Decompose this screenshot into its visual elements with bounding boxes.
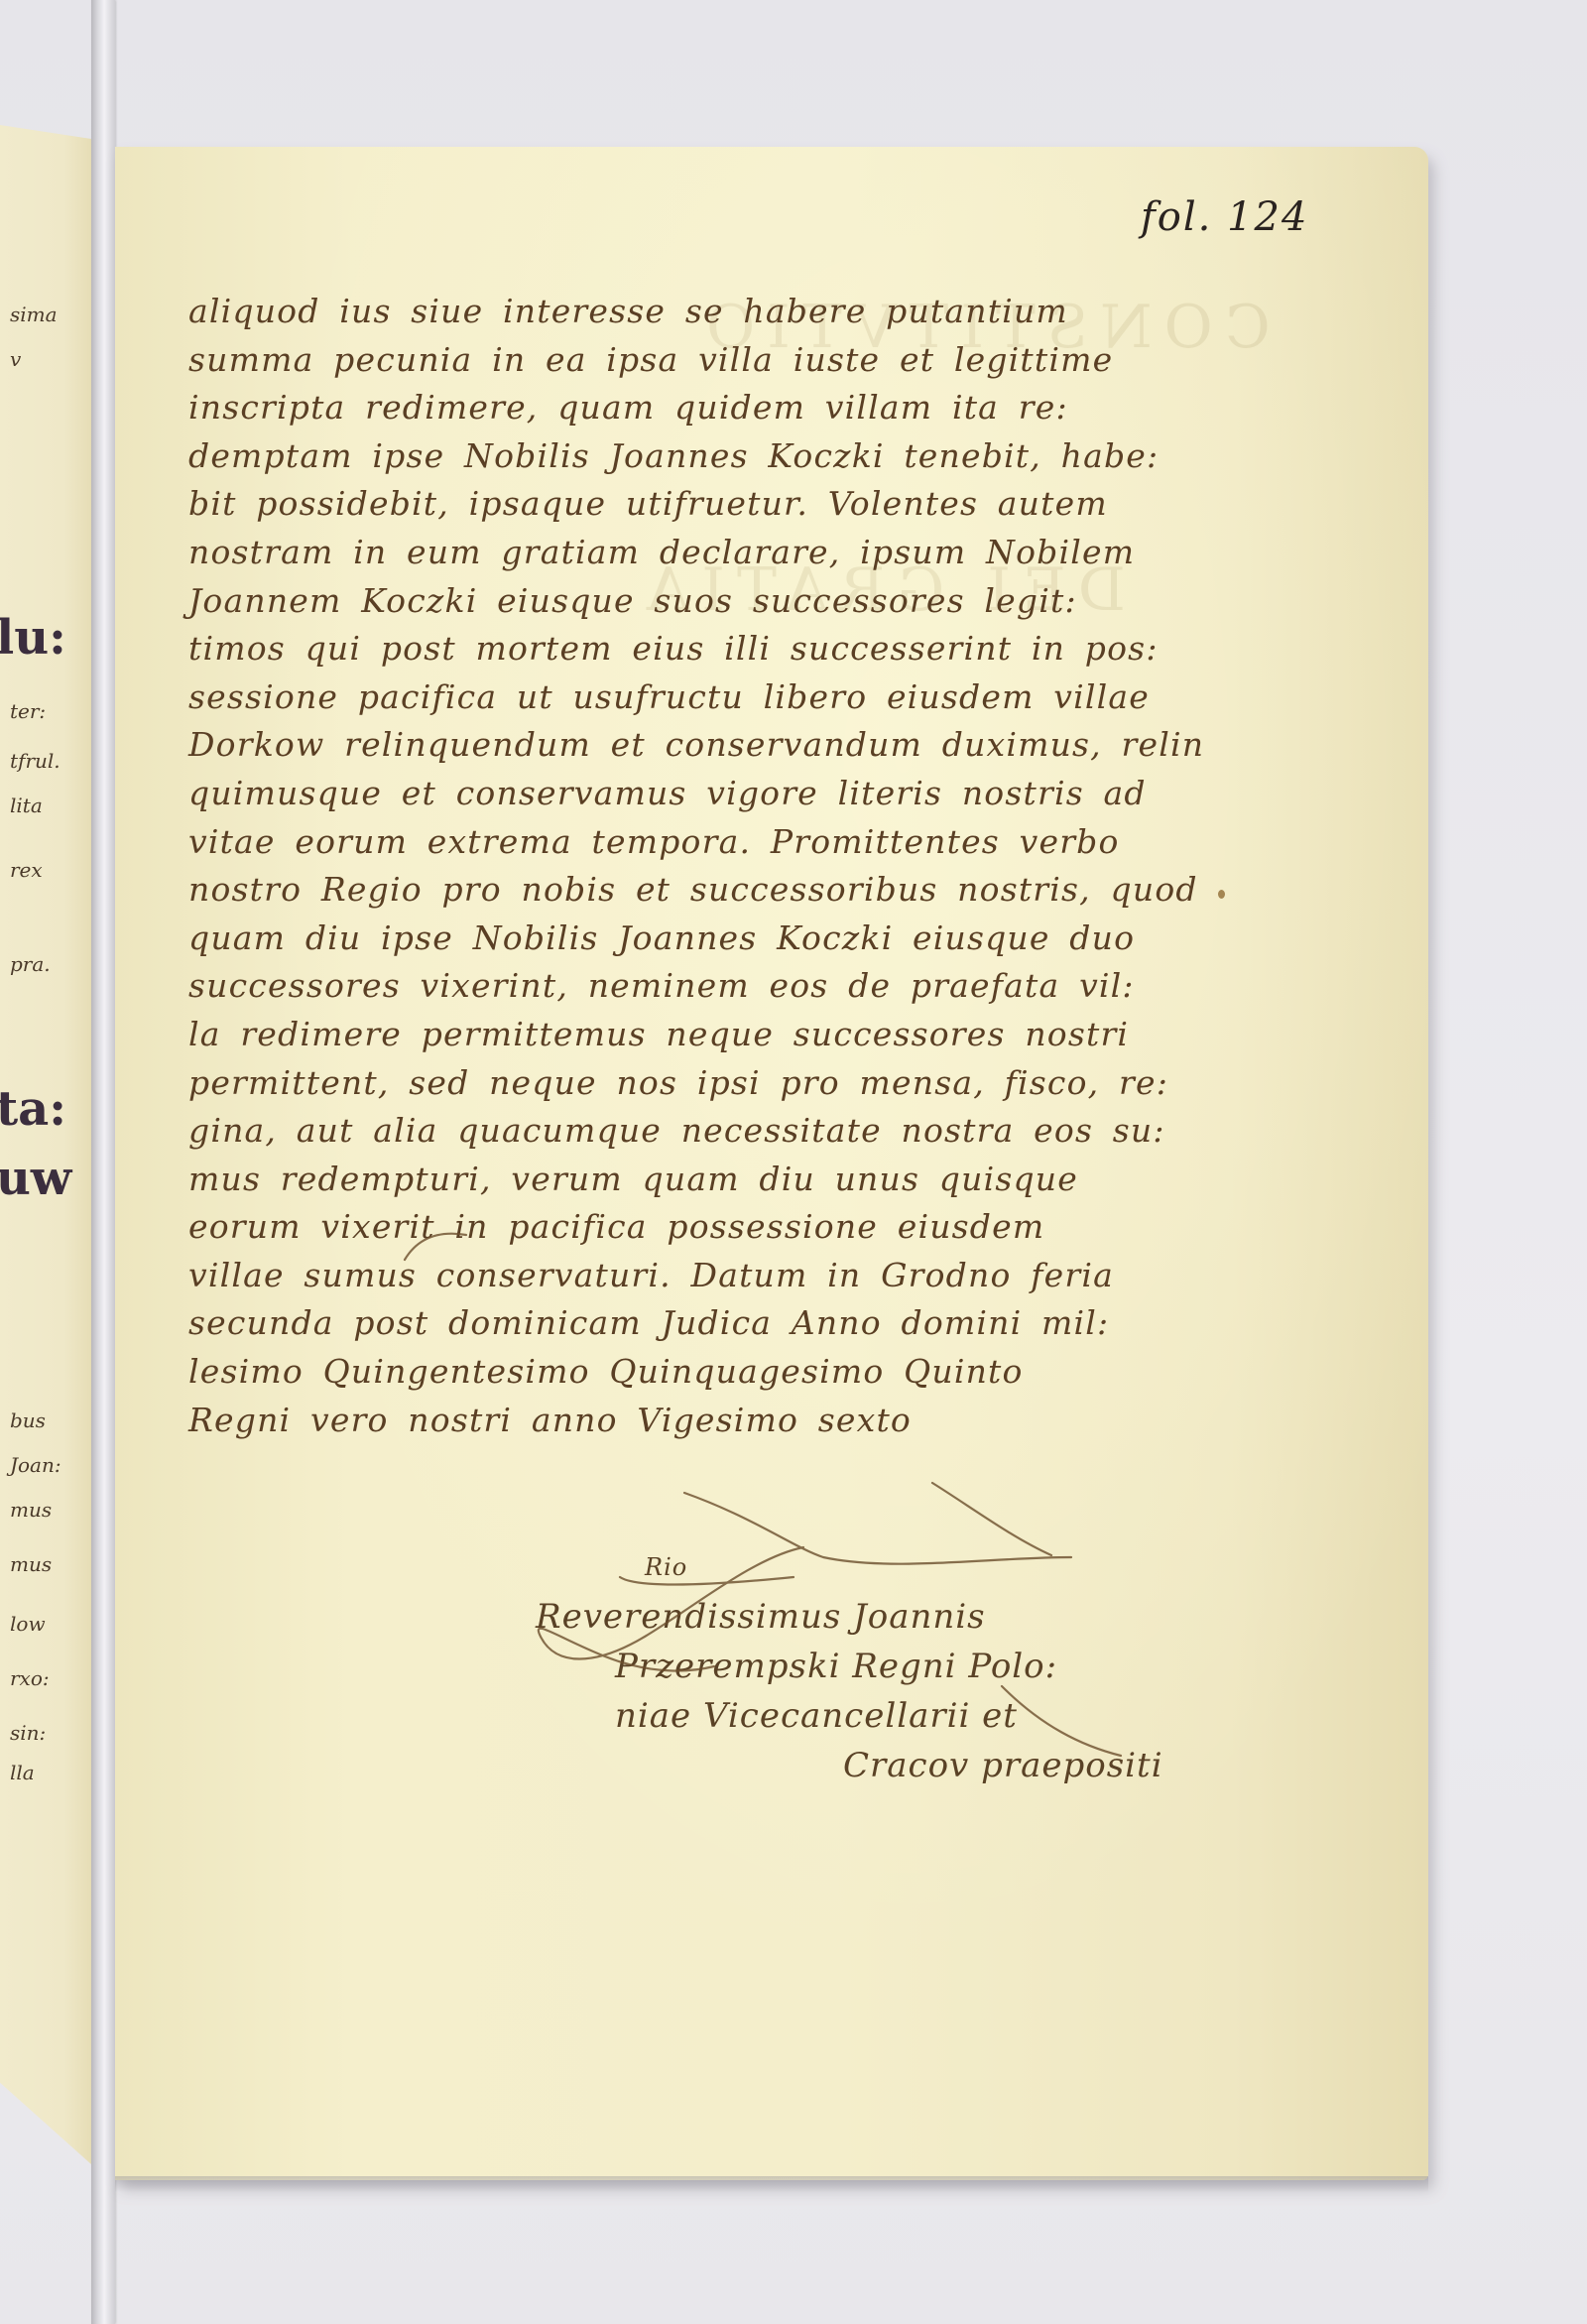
verso-page-fragment: simavlu:ter:tfrul.litarexpra.ta:uwbusJoa… xyxy=(0,121,91,2164)
verso-text-fragment: rex xyxy=(10,858,43,882)
manuscript-line: quimusque et conservamus vigore literis … xyxy=(188,770,1141,818)
manuscript-line: eorum vixerit in pacifica possessione ei… xyxy=(188,1203,1141,1252)
verso-text-fragment: uw xyxy=(0,1151,71,1206)
manuscript-text-block: aliquod ius siue interesse se habere put… xyxy=(188,288,1141,1444)
verso-text-fragment: rxo: xyxy=(10,1666,50,1690)
verso-text-fragment: sima xyxy=(10,303,58,326)
manuscript-line: sessione pacifica ut usufructu libero ei… xyxy=(188,673,1141,722)
verso-text-fragment: v xyxy=(10,347,21,371)
verso-text-fragment: lita xyxy=(10,794,43,817)
manuscript-line: Joannem Koczki eiusque suos successores … xyxy=(188,577,1141,626)
manuscript-line: nostro Regio pro nobis et successoribus … xyxy=(188,866,1141,915)
glass-clamp-strip xyxy=(91,0,115,2324)
ink-spot xyxy=(1218,890,1225,899)
manuscript-line: villae sumus conservaturi. Datum in Grod… xyxy=(188,1252,1141,1300)
chancery-subscription: Rio Reverendissimus Joannis Przerempski … xyxy=(516,1542,1131,1790)
manuscript-line: successores vixerint, neminem eos de pra… xyxy=(188,962,1141,1011)
verso-text-fragment: sin: xyxy=(10,1721,46,1745)
subscription-line: Reverendissimus Joannis xyxy=(516,1592,1131,1642)
subscription-line: Cracov praepositi xyxy=(516,1741,1131,1790)
page-bottom-shadow xyxy=(115,2176,1428,2192)
manuscript-line: mus redempturi, verum quam diu unus quis… xyxy=(188,1156,1141,1204)
manuscript-line: nostram in eum gratiam declarare, ipsum … xyxy=(188,529,1141,577)
verso-text-fragment: lu: xyxy=(0,610,66,666)
manuscript-line: permittent, sed neque nos ipsi pro mensa… xyxy=(188,1059,1141,1108)
subscription-line: niae Vicecancellarii et xyxy=(516,1691,1131,1741)
manuscript-line: gina, aut alia quacumque necessitate nos… xyxy=(188,1107,1141,1156)
manuscript-line: bit possidebit, ipsaque utifruetur. Vole… xyxy=(188,480,1141,529)
manuscript-line: Regni vero nostri anno Vigesimo sexto xyxy=(188,1397,1141,1445)
manuscript-line: la redimere permittemus neque successore… xyxy=(188,1011,1141,1059)
manuscript-line: summa pecunia in ea ipsa villa iuste et … xyxy=(188,336,1141,385)
manuscript-line: quam diu ipse Nobilis Joannes Koczki eiu… xyxy=(188,915,1141,963)
manuscript-line: lesimo Quingentesimo Quinquagesimo Quint… xyxy=(188,1348,1141,1397)
verso-text-fragment: bus xyxy=(10,1408,46,1432)
manuscript-line: inscripta redimere, quam quidem villam i… xyxy=(188,384,1141,432)
manuscript-line: vitae eorum extrema tempora. Promittente… xyxy=(188,818,1141,867)
subscription-line: Przerempski Regni Polo: xyxy=(516,1642,1131,1691)
manuscript-line: aliquod ius siue interesse se habere put… xyxy=(188,288,1141,336)
manuscript-line: secunda post dominicam Judica Anno domin… xyxy=(188,1299,1141,1348)
manuscript-line: demptam ipse Nobilis Joannes Koczki tene… xyxy=(188,432,1141,481)
verso-text-fragment: lla xyxy=(10,1761,35,1784)
manuscript-line: timos qui post mortem eius illi successe… xyxy=(188,625,1141,673)
verso-text-fragment: Joan: xyxy=(10,1453,61,1477)
verso-text-fragment: ta: xyxy=(0,1081,66,1137)
verso-text-fragment: low xyxy=(10,1612,46,1636)
verso-text-fragment: pra. xyxy=(10,952,51,976)
verso-text-fragment: mus xyxy=(10,1552,52,1576)
verso-text-fragment: tfrul. xyxy=(10,749,61,773)
folio-number: fol. 124 xyxy=(1141,194,1308,240)
verso-text-fragment: mus xyxy=(10,1498,52,1522)
verso-text-fragment: ter: xyxy=(10,699,46,723)
subscription-line: Rio xyxy=(516,1542,1131,1592)
manuscript-line: Dorkow relinquendum et conservandum duxi… xyxy=(188,721,1141,770)
